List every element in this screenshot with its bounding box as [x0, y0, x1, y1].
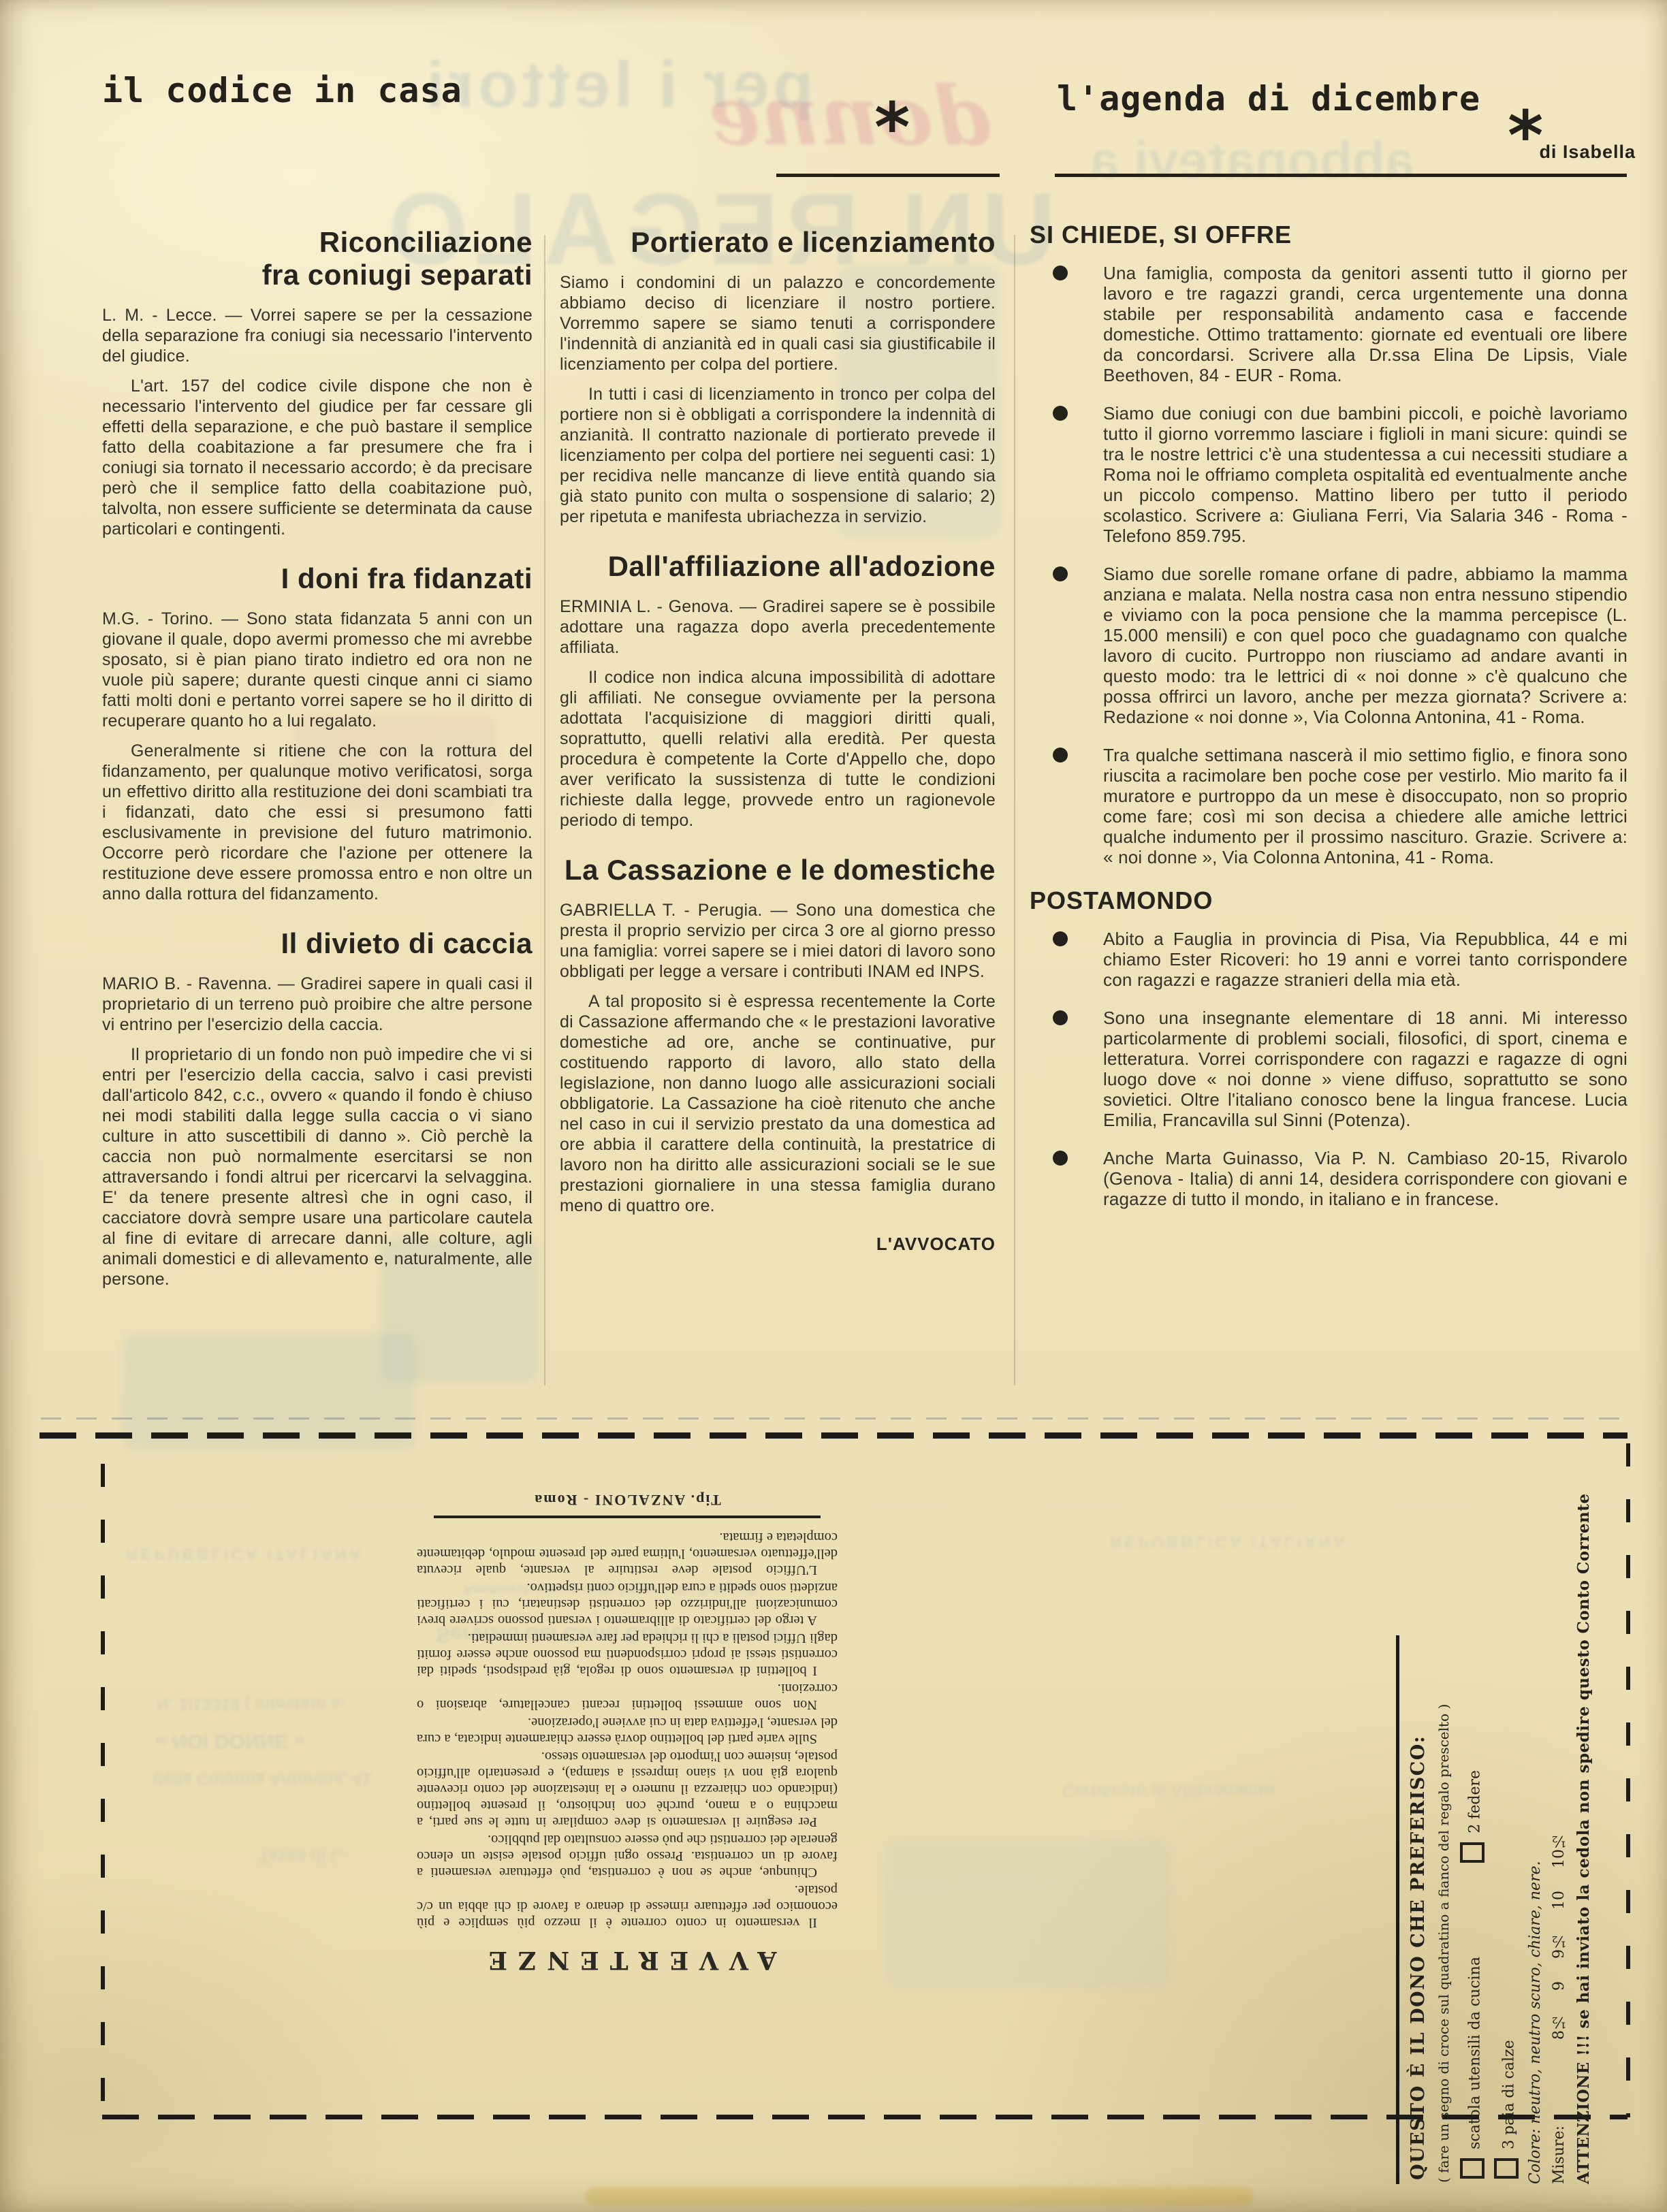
bullet-icon — [1053, 931, 1068, 946]
article-title-line: Riconciliazione — [319, 226, 533, 258]
checkbox-scatola-utensili[interactable] — [1460, 2158, 1485, 2179]
avvertenze-rule — [434, 1516, 821, 1518]
bullet-icon — [1053, 266, 1068, 280]
article-title: Portierato e licenziamento — [560, 226, 996, 259]
column-signature: L'AVVOCATO — [560, 1234, 996, 1254]
classified-item: Siamo due sorelle romane orfane di padre… — [1030, 564, 1628, 727]
article-answer: Il proprietario di un fondo non può impe… — [102, 1044, 533, 1289]
coupon-gift-strip: QUESTO È IL DONO CHE PREFERISCO: ( fare … — [1389, 1635, 1596, 2184]
gift-option-row: scatola utensili da cucina 2 federe — [1459, 1635, 1486, 2184]
classified-item: Tra qualche settimana nascerà il mio set… — [1030, 745, 1628, 867]
gift-strip-instructions: ( fare un segno di croce sul quadratino … — [1435, 1635, 1452, 2184]
column-left: Riconciliazione fra coniugi separati L. … — [102, 226, 533, 1299]
avvertenze-paragraph: Non sono ammessi bollettini recanti canc… — [417, 1680, 838, 1713]
bleed-text: per i lettori — [422, 48, 813, 123]
magazine-page: per i lettori donne UN REGALO abbonatevi… — [0, 0, 1667, 2212]
gift-option-row: 3 paia di calze — [1493, 1635, 1520, 2184]
classified-item: Abito a Fauglia in provincia di Pisa, Vi… — [1030, 929, 1628, 990]
asterisk-icon: * — [874, 108, 910, 148]
header-rule — [1055, 174, 1627, 177]
bullet-icon — [1053, 406, 1068, 421]
bullet-icon — [1053, 1010, 1068, 1025]
avvertenze-paragraph: Chiunque, anche se non è correntista, pu… — [417, 1831, 838, 1880]
section-title-left: il codice in casa — [102, 71, 462, 110]
avvertenze-paragraph: Il versamento in conto corrente è il mez… — [417, 1882, 838, 1931]
gift-sizes-note: Misure: 8½ 9 9½ 10 10½ — [1551, 1635, 1568, 2184]
article-question: M.G. - Torino. — Sono stata fidanzata 5 … — [102, 609, 533, 731]
sizes-values: 8½ 9 9½ 10 10½ — [1551, 1832, 1568, 2040]
bleed-text: Certificato di Allibramento — [1062, 1780, 1275, 1800]
avvertenze-paragraph: I bollettini di versamento sono di regol… — [417, 1630, 838, 1679]
avvertenze-paragraph: A tergo del certificato di allibramento … — [417, 1580, 838, 1629]
bleed-text: REPUBBLICA ITALIANA — [1110, 1532, 1348, 1551]
classified-item: Anche Marta Guinasso, Via P. N. Cambiaso… — [1030, 1148, 1628, 1209]
classified-text: Siamo due sorelle romane orfane di padre… — [1103, 564, 1628, 727]
article-title: La Cassazione e le domestiche — [560, 854, 996, 886]
article-answer: L'art. 157 del codice civile dispone che… — [102, 376, 533, 539]
article-question: Siamo i condomini di un palazzo e concor… — [560, 272, 996, 374]
article-title: Riconciliazione fra coniugi separati — [102, 226, 533, 291]
bleed-text: donne — [708, 68, 991, 164]
avvertenze-title: AVVERTENZE — [417, 1946, 838, 1974]
column-divider — [1014, 235, 1015, 1385]
gift-strip-heading: QUESTO È IL DONO CHE PREFERISCO: — [1396, 1635, 1429, 2184]
classified-item: Sono una insegnante elementare di 18 ann… — [1030, 1008, 1628, 1130]
bleed-text: della Colonna Antonina, 41 — [153, 1769, 371, 1789]
article-question: ERMINIA L. - Genova. — Gradirei sapere s… — [560, 596, 996, 658]
column-middle: Portierato e licenziamento Siamo i condo… — [560, 226, 996, 1254]
article-question: L. M. - Lecce. — Vorrei sapere se per la… — [102, 305, 533, 366]
coupon-cut-line-right[interactable] — [1626, 1443, 1630, 2117]
article-question: MARIO B. - Ravenna. — Gradirei sapere in… — [102, 974, 533, 1035]
bleed-dash-line — [41, 1417, 1628, 1420]
classified-text: Una famiglia, composta da genitori assen… — [1103, 263, 1628, 385]
printer-imprint: Tip. ANZALONI - Roma — [417, 1491, 838, 1509]
checkbox-3-paia-calze[interactable] — [1494, 2158, 1519, 2179]
classified-item: Siamo due coniugi con due bambini piccol… — [1030, 403, 1628, 546]
avvertenze-paragraph: L'Ufficio postale deve restituire al ver… — [417, 1529, 838, 1578]
bleed-text: abbonatevi a — [1090, 129, 1414, 191]
bleed-text: N. 1/13319 ( intestato a: — [157, 1694, 346, 1714]
article-answer: In tutti i casi di licenziamento in tron… — [560, 384, 996, 527]
coupon-avvertenze-block: AVVERTENZE Il versamento in conto corren… — [417, 1491, 838, 1974]
article-title: Dall'affiliazione all'adozione — [560, 550, 996, 583]
gift-option-label: 3 paia di calze — [1501, 2040, 1518, 2149]
section-heading-si-chiede: SI CHIEDE, SI OFFRE — [1030, 225, 1628, 245]
sizes-label: Misure: — [1551, 2126, 1568, 2184]
classified-text: Abito a Fauglia in provincia di Pisa, Vi… — [1103, 929, 1628, 990]
bleed-text: Tassa di L. — [259, 1846, 345, 1866]
classified-text: Anche Marta Guinasso, Via P. N. Cambiaso… — [1103, 1148, 1628, 1209]
bleed-blot — [885, 1838, 1171, 1988]
gift-option-label: 2 federe — [1467, 1770, 1484, 1833]
avvertenze-paragraph: Sulle varie parti del bollettino dovrà e… — [417, 1714, 838, 1747]
article-title: I doni fra fidanzati — [102, 562, 533, 595]
article-answer: Il codice non indica alcuna impossibilit… — [560, 667, 996, 831]
bullet-icon — [1053, 748, 1068, 763]
coupon-cut-line-left[interactable] — [101, 1464, 105, 2116]
bullet-icon — [1053, 566, 1068, 581]
article-question: GABRIELLA T. - Perugia. — Sono una domes… — [560, 900, 996, 982]
coupon-cut-line-top[interactable] — [39, 1432, 1628, 1439]
gift-option-label: scatola utensili da cucina — [1467, 1957, 1484, 2149]
header-rule — [776, 174, 1000, 177]
column-divider — [544, 235, 545, 1385]
article-answer: Generalmente si ritiene che con la rottu… — [102, 741, 533, 904]
checkbox-2-federe[interactable] — [1460, 1842, 1485, 1863]
bullet-icon — [1053, 1151, 1068, 1166]
classified-text: Sono una insegnante elementare di 18 ann… — [1103, 1008, 1628, 1130]
section-heading-postamondo: POSTAMONDO — [1030, 891, 1628, 911]
classified-item: Una famiglia, composta da genitori assen… — [1030, 263, 1628, 385]
article-title: Il divieto di caccia — [102, 927, 533, 960]
bleed-blot — [586, 2187, 1253, 2206]
classified-text: Tra qualche settimana nascerà il mio set… — [1103, 745, 1628, 867]
column-right: SI CHIEDE, SI OFFRE Una famiglia, compos… — [1030, 225, 1628, 1227]
gift-strip-warning: ATTENZIONE !!! se hai inviato la cedola … — [1574, 1635, 1593, 2184]
article-title-line: fra coniugi separati — [262, 259, 533, 291]
gift-color-note: Colore: neutro, neutro scuro, chiare, ne… — [1527, 1635, 1544, 2184]
byline: di Isabella — [1491, 142, 1636, 163]
avvertenze-paragraph: Per eseguire il versamento si deve compi… — [417, 1748, 838, 1830]
article-answer: A tal proposito si è espressa recentemen… — [560, 991, 996, 1216]
section-title-right: l'agenda di dicembre — [1057, 79, 1480, 118]
bleed-text: « NOI DONNE » — [155, 1729, 305, 1752]
bleed-text: REPUBBLICA ITALIANA — [126, 1544, 364, 1563]
classified-text: Siamo due coniugi con due bambini piccol… — [1103, 403, 1628, 546]
